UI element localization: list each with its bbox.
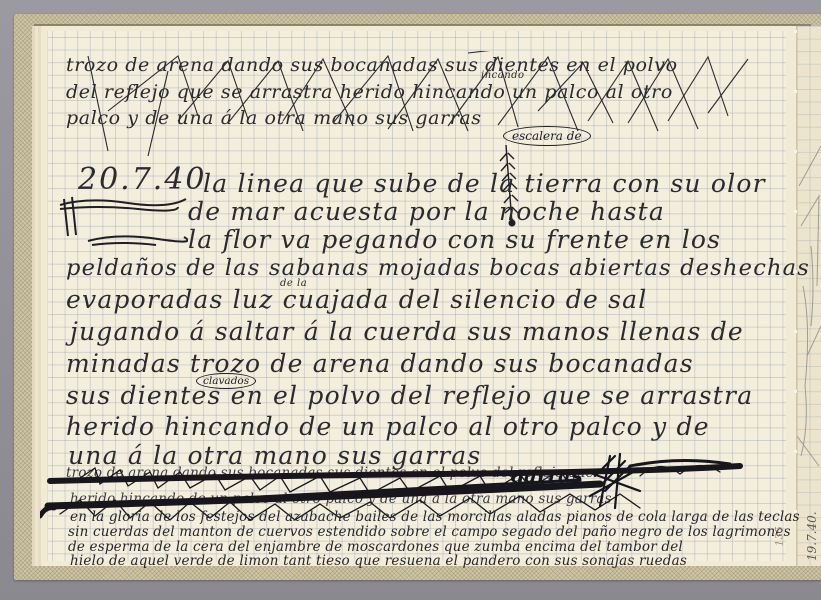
pencil-sketch-icon	[797, 26, 821, 566]
main-line-6: jugando á saltar á la cuerda sus manos l…	[70, 319, 744, 344]
notebook-page: trozo de arena dando sus bocanadas sus d…	[48, 31, 786, 561]
svg-text:garras: garras	[510, 463, 582, 487]
main-line-3: la flor va pegando con su frente en los	[188, 227, 721, 252]
cross-out-hatch-icon	[68, 51, 758, 161]
margin-scribble-icon	[58, 191, 188, 251]
bottom-line-4: hielo de aquel verde de limon tant tieso…	[70, 555, 687, 569]
binding-stitch	[794, 30, 797, 560]
gutter-number: 135	[775, 526, 785, 547]
bottom-line-1: en la gloria de los festejos del azabach…	[70, 511, 800, 525]
scan-background: 19.7.40. trozo de arena dando sus bocana…	[0, 0, 821, 600]
bottom-line-2: sin cuerdas del manton de cuervos estend…	[68, 526, 791, 540]
main-line-5: evaporadas luz cuajada del silencio de s…	[66, 287, 647, 312]
main-line-4: peldaños de las sabanas mojadas bocas ab…	[66, 257, 810, 280]
main-line-1: la linea que sube de la tierra con su ol…	[203, 171, 766, 196]
main-line-7: minadas trozo de arena dando sus bocanad…	[66, 351, 694, 376]
main-line-8: sus dientes en el polvo del reflejo que …	[66, 383, 753, 408]
margin-date-vertical: 19.7.40.	[805, 511, 819, 561]
next-page-edge: 19.7.40.	[796, 26, 821, 566]
main-line-2: de mar acuesta por la noche hasta	[188, 199, 665, 224]
